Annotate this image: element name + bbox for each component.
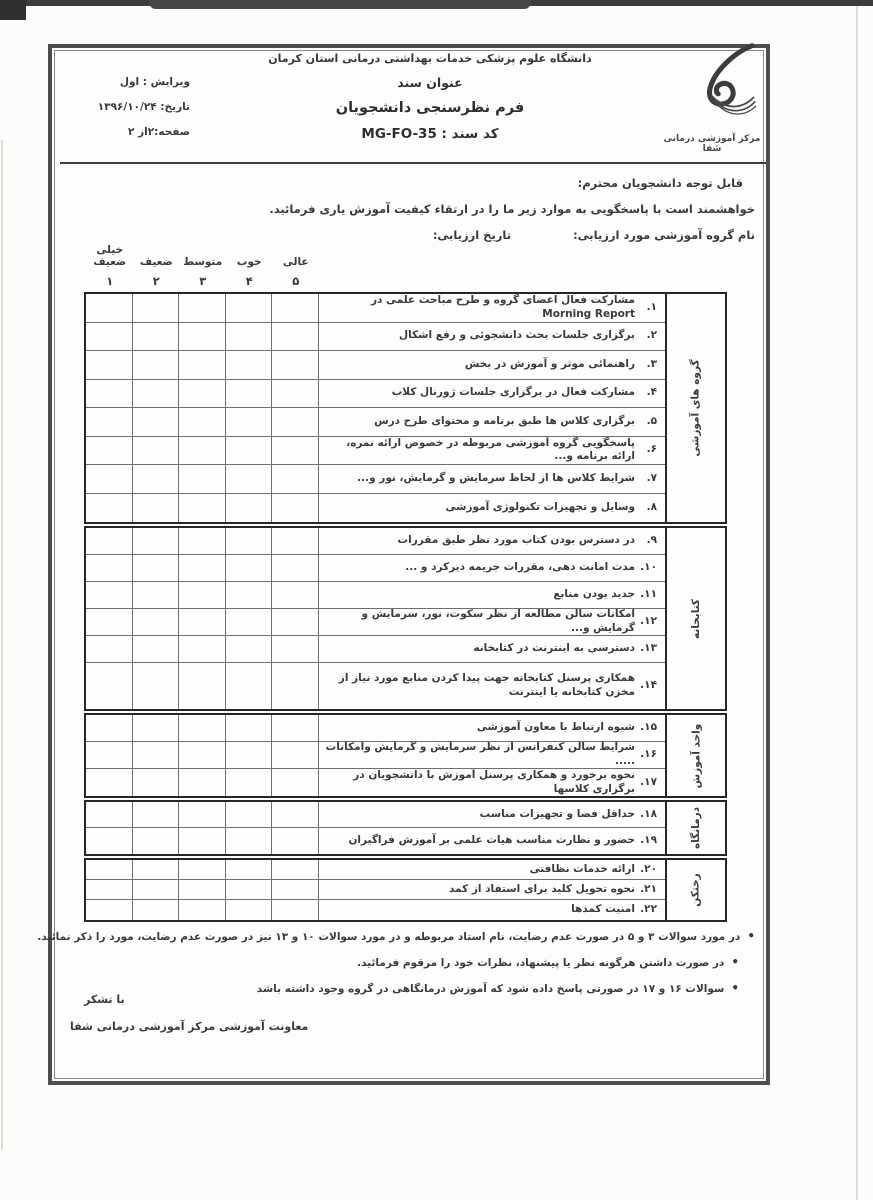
rating-cell[interactable] <box>86 494 133 523</box>
row-text: جدید بودن منابع <box>553 588 635 602</box>
table-row: ۷.شرایط کلاس ها از لحاظ سرمایش و گرمایش،… <box>319 465 666 494</box>
header-divider <box>60 162 766 164</box>
rating-cell[interactable] <box>179 465 226 494</box>
row-text: ارائه خدمات نظافتی <box>530 863 635 877</box>
rating-cell[interactable] <box>179 494 226 523</box>
rating-cell[interactable] <box>86 555 133 582</box>
category-cell: کتابخانه <box>665 528 725 709</box>
scan-edge-top-thick <box>150 0 530 9</box>
signature-text: معاونت آموزشی مرکز آموزشی درمانی شفا <box>70 1020 308 1033</box>
rating-cell[interactable] <box>226 380 273 409</box>
rating-cell[interactable] <box>179 437 226 466</box>
rating-cell[interactable] <box>272 408 319 437</box>
table-section-library: کتابخانه ۹.در دسترس بودن کتاب مورد نظر ط… <box>84 526 727 711</box>
rating-cell[interactable] <box>179 555 226 582</box>
rating-cell[interactable] <box>272 663 319 709</box>
rating-cell[interactable] <box>179 408 226 437</box>
rating-cell[interactable] <box>86 408 133 437</box>
table-row: ۸.وسایل و تجهیزات تکنولوژی آموزشی <box>319 494 666 523</box>
rating-cell[interactable] <box>133 900 180 920</box>
rating-label: خیلی ضعیف <box>87 233 134 269</box>
rating-cell[interactable] <box>272 860 319 880</box>
row-text: برگزاری جلسات بحث دانشجوئی و رفع اشکال <box>399 329 635 343</box>
table-row: ۱۷.نحوه برخورد و همکاری پرسنل آموزش با د… <box>319 769 666 796</box>
document-header: دانشگاه علوم پزشکی خدمات بهداشتی درمانی … <box>240 52 620 142</box>
rating-column-average: متوسط ۳ <box>180 233 227 288</box>
rating-cell[interactable] <box>226 802 273 828</box>
row-number: ۱۶. <box>635 748 657 762</box>
row-number: ۱۱. <box>635 588 657 602</box>
rating-cell[interactable] <box>226 494 273 523</box>
rating-cell[interactable] <box>272 528 319 555</box>
rating-value: ۵ <box>273 269 320 288</box>
row-text: برگزاری کلاس ها طبق برنامه و محتوای طرح … <box>374 415 635 429</box>
rating-cell[interactable] <box>133 769 180 796</box>
table-row: ۲۰.ارائه خدمات نظافتی <box>319 860 666 880</box>
rating-cell[interactable] <box>86 351 133 380</box>
doc-code: کد سند : MG-FO-35 <box>240 126 620 142</box>
rating-cell[interactable] <box>133 528 180 555</box>
category-label: گروه های آموزشی <box>690 359 702 456</box>
row-text: نحوه برخورد و همکاری پرسنل آموزش با دانش… <box>323 769 636 796</box>
university-name: دانشگاه علوم پزشکی خدمات بهداشتی درمانی … <box>240 52 620 65</box>
table-row: ۳.راهنمائی موثر و آموزش در بخش <box>319 351 666 380</box>
row-text: امنیت کمدها <box>571 903 635 917</box>
table-row: ۲.برگزاری جلسات بحث دانشجوئی و رفع اشکال <box>319 323 666 352</box>
scanned-survey-form-page: مرکز آموزشی درمانی شفا دانشگاه علوم پزشک… <box>0 0 873 1200</box>
rating-cell[interactable] <box>86 636 133 663</box>
table-row: ۴.مشارکت فعال در برگزاری جلسات ژورنال کل… <box>319 380 666 409</box>
rating-cell[interactable] <box>179 528 226 555</box>
bullet-icon: • <box>731 981 739 995</box>
rating-cell[interactable] <box>272 351 319 380</box>
rating-cell[interactable] <box>133 437 180 466</box>
rating-cell[interactable] <box>86 437 133 466</box>
rating-cell[interactable] <box>179 715 226 742</box>
table-row: ۱۳.دسترسی به اینترنت در کتابخانه <box>319 636 666 663</box>
rating-cell[interactable] <box>272 609 319 636</box>
row-number: ۷. <box>635 472 657 486</box>
date-line: تاریخ: ۱۳۹۶/۱۰/۲۴ <box>88 95 190 120</box>
rating-label: ضعیف <box>133 233 180 269</box>
rating-label: عالی <box>273 233 320 269</box>
table-section-educational-groups: گروه های آموزشی ۱.مشارکت فعال اعضای گروه… <box>84 292 727 524</box>
rating-cell[interactable] <box>226 715 273 742</box>
rating-cell[interactable] <box>179 294 226 323</box>
rating-cell[interactable] <box>179 351 226 380</box>
table-section-locker-room: رختکن ۲۰.ارائه خدمات نظافتی ۲۱.نحوه تحوی… <box>84 858 727 922</box>
rating-cell[interactable] <box>86 582 133 609</box>
bullet-icon: • <box>747 929 755 943</box>
doc-title-label: عنوان سند <box>240 75 620 90</box>
rating-label: خوب <box>226 233 273 269</box>
rating-cell[interactable] <box>226 663 273 709</box>
rating-cell[interactable] <box>86 323 133 352</box>
rating-cell[interactable] <box>226 351 273 380</box>
rating-cell[interactable] <box>179 323 226 352</box>
row-number: ۱۰. <box>635 561 657 575</box>
rating-cell[interactable] <box>86 769 133 796</box>
rating-cell[interactable] <box>86 609 133 636</box>
row-number: ۱۷. <box>635 776 657 790</box>
row-number: ۱۴. <box>635 679 657 693</box>
rating-cell[interactable] <box>226 408 273 437</box>
scan-edge-right <box>856 6 858 1200</box>
row-text: حداقل فضا و تجهیزات مناسب <box>480 808 635 822</box>
note-item: •در صورت داشتن هرگونه نظر یا پیشنهاد، نظ… <box>79 950 755 976</box>
rating-cell[interactable] <box>272 437 319 466</box>
scan-edge-left <box>1 140 3 1150</box>
rating-cell[interactable] <box>86 380 133 409</box>
row-text: شرایط کلاس ها از لحاظ سرمایش و گرمایش، ن… <box>357 472 635 486</box>
row-number: ۱۳. <box>635 642 657 656</box>
rating-cell[interactable] <box>133 294 180 323</box>
row-number: ۳. <box>635 358 657 372</box>
rating-cell[interactable] <box>133 828 180 854</box>
note-item: •سوالات ۱۶ و ۱۷ در صورتی پاسخ داده شود ک… <box>79 976 755 1002</box>
row-number: ۴. <box>635 386 657 400</box>
row-number: ۲. <box>635 329 657 343</box>
rating-cell[interactable] <box>226 860 273 880</box>
row-text: پاسخگویی گروه آموزشی مربوطه در خصوص ارائ… <box>323 437 636 464</box>
rating-cell[interactable] <box>133 323 180 352</box>
rating-cell[interactable] <box>226 437 273 466</box>
rating-cell[interactable] <box>226 323 273 352</box>
row-number: ۱۹. <box>635 834 657 848</box>
category-cell: گروه های آموزشی <box>665 294 725 522</box>
row-number: ۱۲. <box>635 615 657 629</box>
notice-line-2: خواهشمند است با پاسخگویی به موارد زیر ما… <box>107 196 755 222</box>
category-cell: رختکن <box>665 860 725 920</box>
row-text: همکاری پرسنل کتابخانه جهت پیدا کردن مناب… <box>323 672 636 699</box>
rating-cell[interactable] <box>133 555 180 582</box>
rating-cell[interactable] <box>226 609 273 636</box>
rating-column-weak: ضعیف ۲ <box>133 233 180 288</box>
rating-cell[interactable] <box>86 715 133 742</box>
row-number: ۲۱. <box>635 883 657 897</box>
rating-cell[interactable] <box>179 860 226 880</box>
row-text: شرایط سالن کنفرانس از نظر سرمایش و گرمای… <box>323 742 636 769</box>
rating-cell[interactable] <box>86 802 133 828</box>
rating-cell[interactable] <box>133 636 180 663</box>
table-row: ۲۱.نحوه تحویل کلید برای استفاد از کمد <box>319 880 666 900</box>
rating-cell[interactable] <box>179 742 226 769</box>
scan-edge-corner <box>0 0 26 20</box>
rating-cell[interactable] <box>86 860 133 880</box>
rating-cell[interactable] <box>133 742 180 769</box>
row-number: ۱. <box>635 301 657 315</box>
note-item: •در مورد سوالات ۳ و ۵ در صورت عدم رضایت،… <box>79 924 755 950</box>
evaluation-group-label: نام گروه آموزشی مورد ارزیابی: <box>573 228 755 242</box>
table-row: ۲۲.امنیت کمدها <box>319 900 666 920</box>
row-text: مشارکت فعال اعضای گروه و طرح مباحث علمی … <box>323 294 636 321</box>
rating-cell[interactable] <box>272 742 319 769</box>
rating-cell[interactable] <box>86 828 133 854</box>
rating-value: ۴ <box>226 269 273 288</box>
row-text: امکانات سالن مطالعه از نظر سکوت، نور، سر… <box>323 609 636 636</box>
row-number: ۶. <box>635 443 657 457</box>
category-cell: درمانگاه <box>665 802 725 854</box>
table-row: ۵.برگزاری کلاس ها طبق برنامه و محتوای طر… <box>319 408 666 437</box>
category-label: درمانگاه <box>690 807 702 849</box>
rating-cell[interactable] <box>272 715 319 742</box>
rating-cell[interactable] <box>133 351 180 380</box>
table-row: ۶.پاسخگویی گروه آموزشی مربوطه در خصوص ار… <box>319 437 666 466</box>
row-number: ۱۸. <box>635 808 657 822</box>
rating-cell[interactable] <box>179 380 226 409</box>
rating-cell[interactable] <box>179 880 226 900</box>
footer-notes: •در مورد سوالات ۳ و ۵ در صورت عدم رضایت،… <box>79 924 755 1002</box>
row-number: ۱۵. <box>635 721 657 735</box>
thanks-text: با تشکر <box>84 993 125 1006</box>
rating-column-very-weak: خیلی ضعیف ۱ <box>87 233 134 288</box>
rating-cell[interactable] <box>226 900 273 920</box>
table-section-clinic: درمانگاه ۱۸.حداقل فضا و تجهیزات مناسب ۱۹… <box>84 800 727 856</box>
rating-cell[interactable] <box>133 880 180 900</box>
form-title: فرم نظرسنجی دانشجویان <box>240 100 620 116</box>
row-text: راهنمائی موثر و آموزش در بخش <box>465 358 635 372</box>
table-row: ۱۵.شیوه ارتباط با معاون آموزشی <box>319 715 666 742</box>
rating-cell[interactable] <box>272 769 319 796</box>
rating-cell[interactable] <box>86 742 133 769</box>
table-row: ۱۱.جدید بودن منابع <box>319 582 666 609</box>
rating-column-good: خوب ۴ <box>226 233 273 288</box>
rating-cell[interactable] <box>272 636 319 663</box>
rating-cell[interactable] <box>226 582 273 609</box>
table-row: ۱۰.مدت امانت دهی، مقررات جریمه دیرکرد و … <box>319 555 666 582</box>
category-label: رختکن <box>690 873 702 906</box>
rating-scale-header: عالی ۵ خوب ۴ متوسط ۳ ضعیف ۲ خیلی ضعیف ۱ <box>86 233 319 288</box>
table-row: ۱۶.شرایط سالن کنفرانس از نظر سرمایش و گر… <box>319 742 666 769</box>
document-meta: ویرایش : اول تاریخ: ۱۳۹۶/۱۰/۲۴ صفحه:۲از … <box>88 70 190 145</box>
rating-cell[interactable] <box>179 802 226 828</box>
rating-cell[interactable] <box>179 582 226 609</box>
row-number: ۸. <box>635 501 657 515</box>
rating-cell[interactable] <box>226 828 273 854</box>
rating-cell[interactable] <box>133 663 180 709</box>
rating-cell[interactable] <box>133 494 180 523</box>
shafa-logo-icon <box>693 40 765 132</box>
rating-cell[interactable] <box>133 582 180 609</box>
rating-cell[interactable] <box>133 802 180 828</box>
rating-cell[interactable] <box>226 769 273 796</box>
rating-cell[interactable] <box>86 880 133 900</box>
table-section-education-unit: واحد آموزش ۱۵.شیوه ارتباط با معاون آموزش… <box>84 713 727 798</box>
rating-cell[interactable] <box>272 900 319 920</box>
rating-cell[interactable] <box>179 663 226 709</box>
rating-cell[interactable] <box>226 880 273 900</box>
rating-column-excellent: عالی ۵ <box>273 233 320 288</box>
rating-cell[interactable] <box>272 380 319 409</box>
row-text: مشارکت فعال در برگزاری جلسات ژورنال کلاب <box>392 386 635 400</box>
bullet-icon: • <box>731 955 739 969</box>
row-text: وسایل و تجهیزات تکنولوژی آموزشی <box>446 501 635 515</box>
rating-cell[interactable] <box>272 555 319 582</box>
row-text: حضور و نظارت مناسب هیات علمی بر آموزش فر… <box>348 834 635 848</box>
row-number: ۲۲. <box>635 903 657 917</box>
rating-value: ۲ <box>133 269 180 288</box>
row-number: ۹. <box>635 534 657 548</box>
rating-cell[interactable] <box>272 465 319 494</box>
row-text: نحوه تحویل کلید برای استفاد از کمد <box>449 883 635 897</box>
table-row: ۱۴.همکاری پرسنل کتابخانه جهت پیدا کردن م… <box>319 663 666 709</box>
row-text: دسترسی به اینترنت در کتابخانه <box>473 642 635 656</box>
category-label: کتابخانه <box>690 598 702 638</box>
rating-cell[interactable] <box>272 880 319 900</box>
rating-cell[interactable] <box>86 663 133 709</box>
rating-cell[interactable] <box>272 323 319 352</box>
row-number: ۵. <box>635 415 657 429</box>
table-row: ۹.در دسترس بودن کتاب مورد نظر طبق مقررات <box>319 528 666 555</box>
rating-cell[interactable] <box>133 408 180 437</box>
rating-cell[interactable] <box>226 636 273 663</box>
rating-cell[interactable] <box>86 294 133 323</box>
rating-cell[interactable] <box>179 636 226 663</box>
edition-line: ویرایش : اول <box>88 70 190 95</box>
table-row: ۱.مشارکت فعال اعضای گروه و طرح مباحث علم… <box>319 294 666 323</box>
table-row: ۱۲.امکانات سالن مطالعه از نظر سکوت، نور،… <box>319 609 666 636</box>
rating-cell[interactable] <box>272 582 319 609</box>
row-text: شیوه ارتباط با معاون آموزشی <box>477 721 635 735</box>
rating-cell[interactable] <box>226 294 273 323</box>
page-number-line: صفحه:۲از ۲ <box>88 120 190 145</box>
center-name: مرکز آموزشی درمانی شفا <box>653 134 771 154</box>
row-text: در دسترس بودن کتاب مورد نظر طبق مقررات <box>398 534 635 548</box>
rating-cell[interactable] <box>133 715 180 742</box>
rating-cell[interactable] <box>272 494 319 523</box>
rating-cell[interactable] <box>179 609 226 636</box>
rating-value: ۱ <box>87 269 134 288</box>
rating-cell[interactable] <box>179 900 226 920</box>
rating-cell[interactable] <box>272 294 319 323</box>
rating-cell[interactable] <box>133 860 180 880</box>
rating-cell[interactable] <box>226 528 273 555</box>
evaluation-date-label: تاریخ ارزیابی: <box>433 228 511 242</box>
rating-cell[interactable] <box>272 802 319 828</box>
rating-cell[interactable] <box>133 465 180 494</box>
notice-line-1: قابل توجه دانشجویان محترم: <box>107 170 755 196</box>
rating-cell[interactable] <box>226 742 273 769</box>
row-number: ۲۰. <box>635 863 657 877</box>
rating-cell[interactable] <box>133 609 180 636</box>
rating-cell[interactable] <box>133 380 180 409</box>
table-row: ۱۹.حضور و نظارت مناسب هیات علمی بر آموزش… <box>319 828 666 854</box>
rating-cell[interactable] <box>86 528 133 555</box>
rating-cell[interactable] <box>226 465 273 494</box>
row-text: مدت امانت دهی، مقررات جریمه دیرکرد و ... <box>405 561 635 575</box>
category-cell: واحد آموزش <box>665 715 725 796</box>
category-label: واحد آموزش <box>690 723 702 788</box>
rating-label: متوسط <box>180 233 227 269</box>
rating-value: ۳ <box>180 269 227 288</box>
rating-cell[interactable] <box>226 555 273 582</box>
rating-cell[interactable] <box>86 900 133 920</box>
rating-cell[interactable] <box>272 828 319 854</box>
rating-cell[interactable] <box>179 769 226 796</box>
rating-cell[interactable] <box>86 465 133 494</box>
rating-cell[interactable] <box>179 828 226 854</box>
table-row: ۱۸.حداقل فضا و تجهیزات مناسب <box>319 802 666 828</box>
